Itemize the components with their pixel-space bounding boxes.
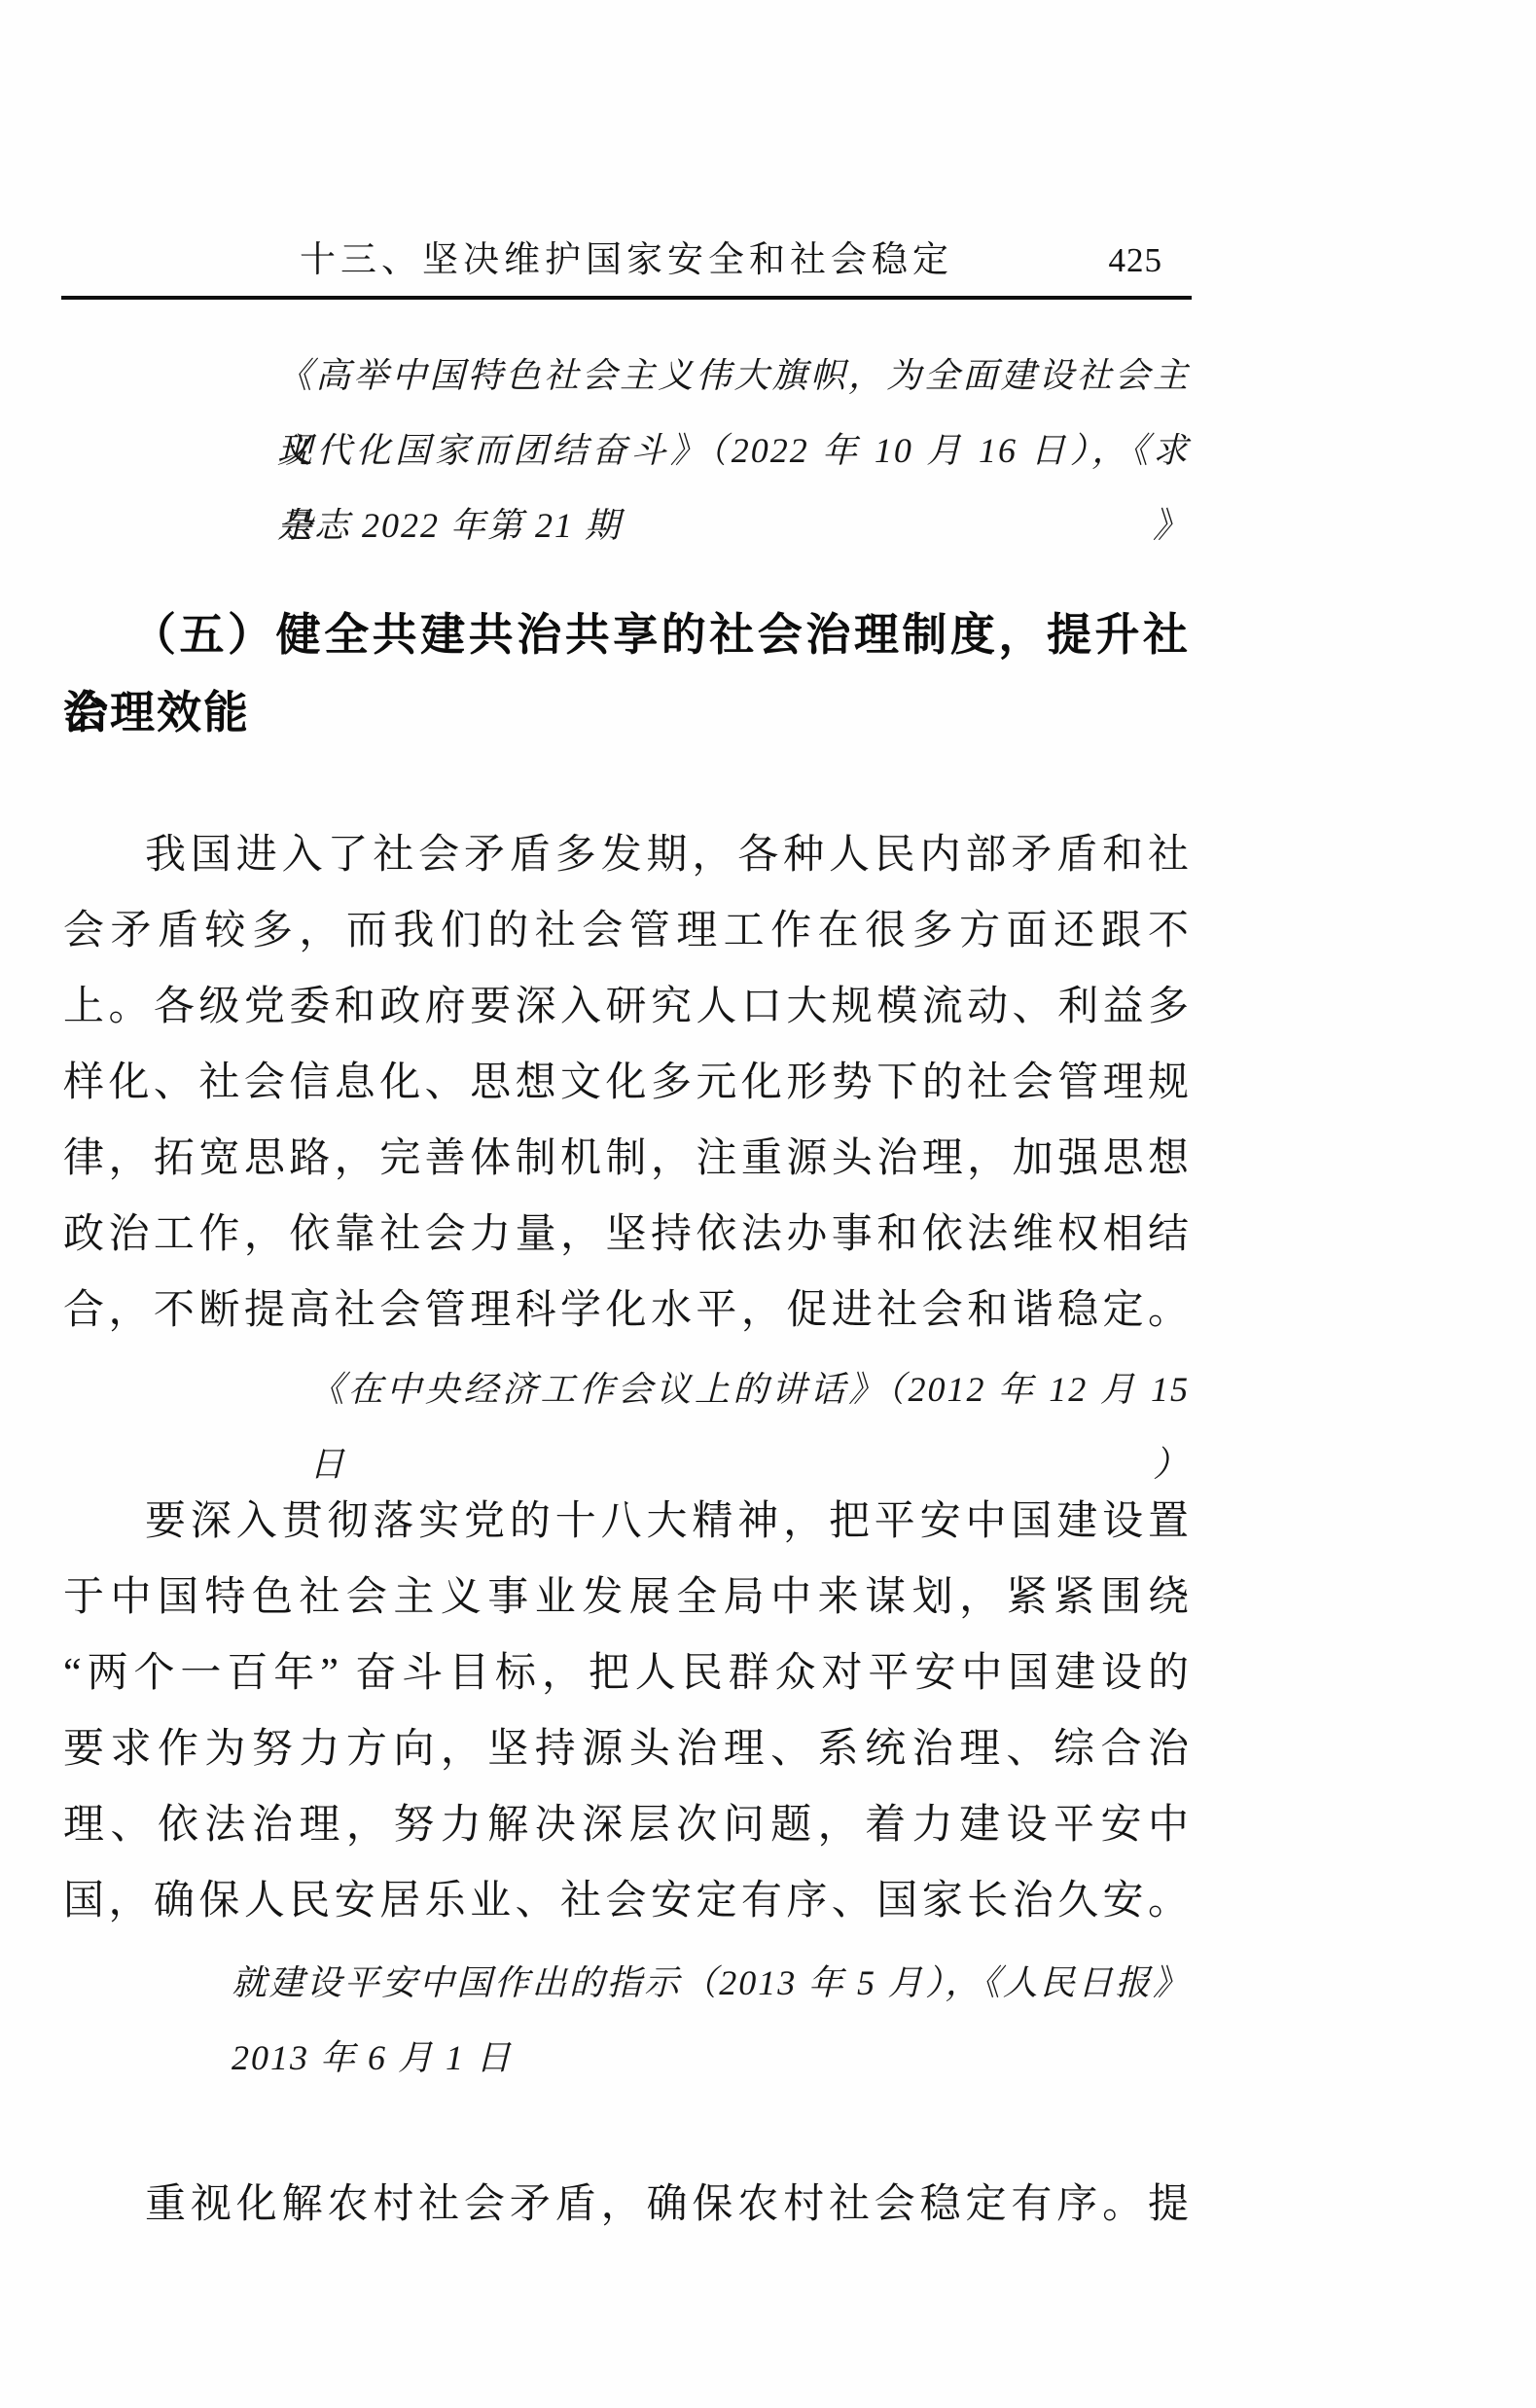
page-number: 425 [1109, 234, 1163, 288]
chapter-title: 十三、坚决维护国家安全和社会稳定 [63, 234, 1190, 288]
citation-line: 《在中央经济工作会议上的讲话》（2012 年 12 月 15 日） [309, 1352, 1190, 1427]
paragraph-2: 要深入贯彻落实党的十八大精神，把平安中国建设置 于中国特色社会主义事业发展全局中… [63, 1484, 1190, 1939]
section-heading-line: （五）健全共建共治共享的社会治理制度，提升社会 [63, 595, 1190, 673]
paragraph-line: 政治工作，依靠社会力量，坚持依法办事和依法维权相结 [63, 1197, 1190, 1273]
paragraph-line: 于中国特色社会主义事业发展全局中来谋划，紧紧围绕 [63, 1560, 1190, 1635]
paragraph-line: 会矛盾较多，而我们的社会管理工作在很多方面还跟不 [63, 893, 1190, 969]
running-header: 十三、坚决维护国家安全和社会稳定 425 [63, 234, 1190, 288]
header-rule [61, 296, 1192, 300]
paragraph-line: 要求作为努力方向，坚持源头治理、系统治理、综合治 [63, 1711, 1190, 1787]
paragraph-line: “两个一百年” 奋斗目标，把人民群众对平安中国建设的 [63, 1635, 1190, 1711]
paragraph-line: 国，确保人民安居乐业、社会安定有序、国家长治久安。 [63, 1863, 1190, 1939]
section-heading-line: 治理效能 [63, 673, 1190, 751]
citation-line: 《高举中国特色社会主义伟大旗帜，为全面建设社会主义 [277, 339, 1190, 413]
paragraph-line: 理、依法治理，努力解决深层次问题，着力建设平安中 [63, 1787, 1190, 1863]
paragraph-line: 合，不断提高社会管理科学化水平，促进社会和谐稳定。 [63, 1273, 1190, 1348]
paragraph-line: 我国进入了社会矛盾多发期，各种人民内部矛盾和社 [63, 817, 1190, 893]
paragraph-line: 要深入贯彻落实党的十八大精神，把平安中国建设置 [63, 1484, 1190, 1560]
paragraph-3: 重视化解农村社会矛盾，确保农村社会稳定有序。提 [63, 2167, 1190, 2243]
paragraph-line: 上。各级党委和政府要深入研究人口大规模流动、利益多 [63, 969, 1190, 1045]
source-citation-3: 就建设平安中国作出的指示（2013 年 5 月），《人民日报》 2013 年 6… [232, 1946, 1190, 2096]
source-citation-1: 《高举中国特色社会主义伟大旗帜，为全面建设社会主义 现代化国家而团结奋斗》（20… [277, 339, 1190, 563]
citation-line: 现代化国家而团结奋斗》（2022 年 10 月 16 日），《求是》 [277, 413, 1190, 488]
source-citation-2: 《在中央经济工作会议上的讲话》（2012 年 12 月 15 日） [309, 1352, 1190, 1427]
paragraph-line: 样化、社会信息化、思想文化多元化形势下的社会管理规 [63, 1045, 1190, 1121]
paragraph-1: 我国进入了社会矛盾多发期，各种人民内部矛盾和社 会矛盾较多，而我们的社会管理工作… [63, 817, 1190, 1348]
paragraph-line: 重视化解农村社会矛盾，确保农村社会稳定有序。提 [63, 2167, 1190, 2243]
paragraph-line: 律，拓宽思路，完善体制机制，注重源头治理，加强思想 [63, 1121, 1190, 1197]
citation-line: 2013 年 6 月 1 日 [232, 2021, 1190, 2096]
book-page: 十三、坚决维护国家安全和社会稳定 425 《高举中国特色社会主义伟大旗帜，为全面… [0, 0, 1536, 2408]
citation-line: 就建设平安中国作出的指示（2013 年 5 月），《人民日报》 [232, 1946, 1190, 2021]
section-heading: （五）健全共建共治共享的社会治理制度，提升社会 治理效能 [63, 595, 1190, 751]
